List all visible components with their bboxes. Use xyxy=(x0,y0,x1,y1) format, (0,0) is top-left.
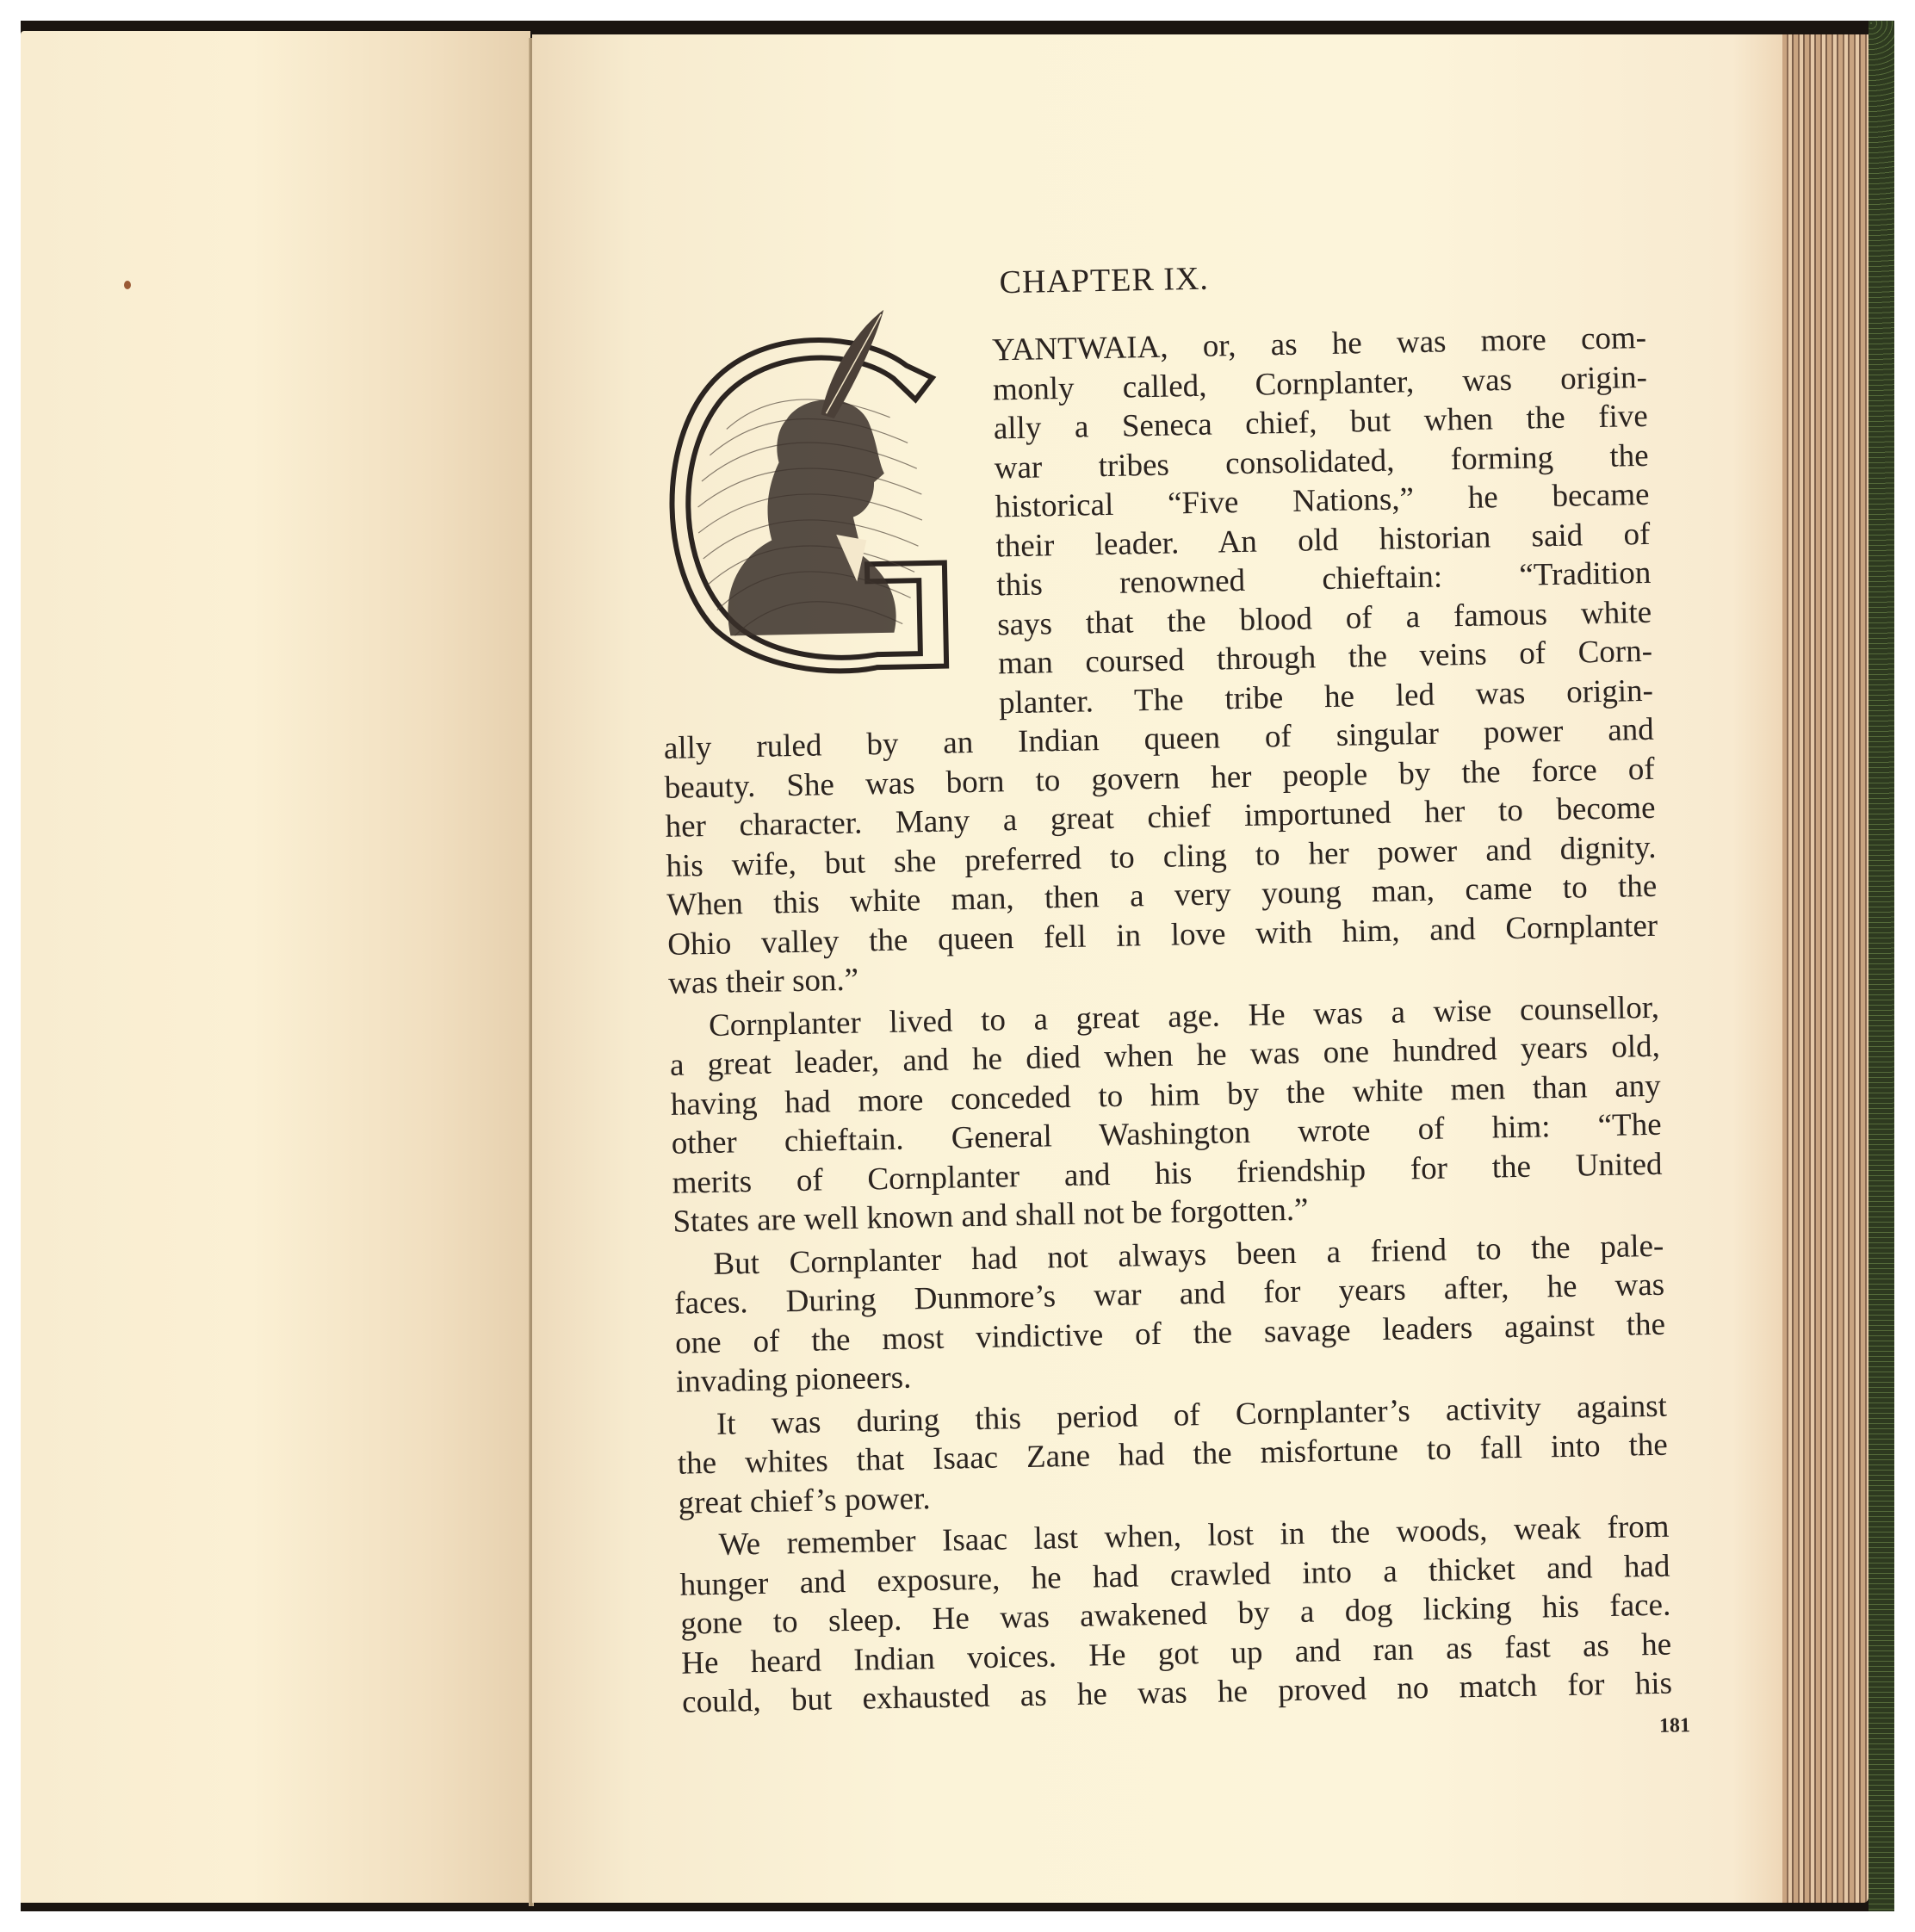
paragraph: But Cornplanter had not always been a fr… xyxy=(673,1226,1666,1402)
foxing-spot xyxy=(124,281,131,289)
chapter-body: YANTWAIA, or, as he was more com- monly … xyxy=(656,319,1673,1722)
page-edges-stack xyxy=(1782,34,1869,1903)
paragraph: Cornplanter lived to a great age. He was… xyxy=(669,988,1664,1242)
page-number: 181 xyxy=(1659,1714,1691,1738)
book-cover xyxy=(1869,21,1894,1911)
opening-paragraph-wrapped: YANTWAIA, or, as he was more com- monly … xyxy=(656,319,1654,729)
opening-paragraph-continued: ally ruled by an Indian queen of singula… xyxy=(664,710,1659,1004)
left-page-blank xyxy=(21,31,530,1903)
paragraph: We remember Isaac last when, lost in the… xyxy=(679,1508,1672,1723)
chapter-title: CHAPTER IX. xyxy=(999,260,1209,302)
paragraph: It was during this period of Cornplanter… xyxy=(677,1386,1669,1523)
